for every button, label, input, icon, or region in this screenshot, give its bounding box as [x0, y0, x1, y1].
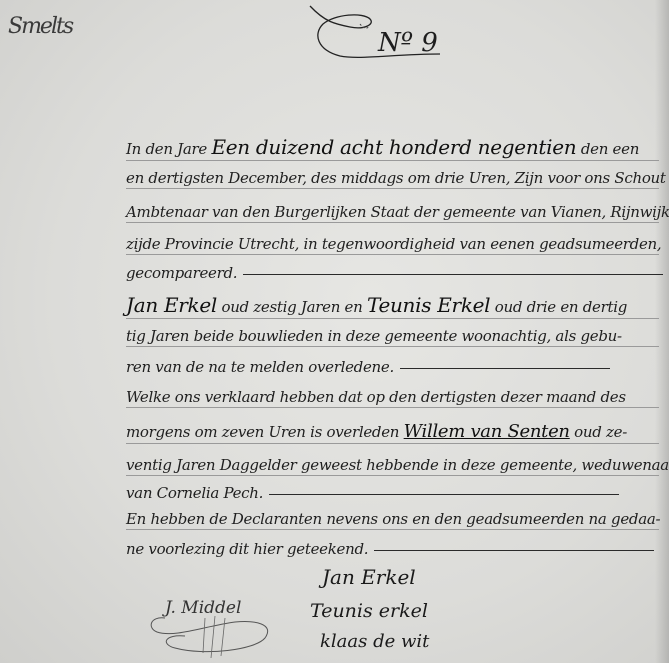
text-line-4: zijde Provincie Utrecht, in tegenwoordig…: [126, 235, 659, 255]
declarant-name: Jan Erkel: [126, 293, 217, 317]
scanned-register-page: Smelts Nº 9 In den Jare Een duizend acht…: [0, 0, 669, 663]
record-number: Nº 9: [378, 28, 438, 58]
rule-line: [400, 368, 610, 369]
rule-line: [243, 274, 663, 275]
deceased-name: Willem van Senten: [404, 421, 570, 442]
line-text: den een: [576, 140, 639, 158]
line-text: ren van de na te melden overledene.: [126, 358, 394, 376]
line-text: oud ze-: [570, 423, 627, 441]
line-text: oud zestig Jaren en: [217, 298, 367, 316]
line-text: In den Jare: [126, 140, 211, 158]
text-line-13: En hebben de Declaranten nevens ons en d…: [126, 510, 659, 530]
margin-note: Smelts: [8, 14, 72, 39]
signature-official: J. Middel: [165, 598, 241, 618]
line-text: gecompareerd.: [126, 264, 237, 282]
text-line-5: gecompareerd.: [126, 264, 659, 283]
text-line-14: ne voorlezing dit hier geteekend.: [126, 540, 659, 559]
text-line-11: ventig Jaren Daggelder geweest hebbende …: [126, 456, 659, 476]
signature-jan-erkel: Jan Erkel: [322, 565, 416, 589]
declarant-name: Teunis Erkel: [367, 293, 490, 317]
text-line-8: ren van de na te melden overledene.: [126, 358, 659, 377]
text-line-10: morgens om zeven Uren is overleden Wille…: [126, 421, 659, 444]
text-line-12: van Cornelia Pech.: [126, 484, 659, 503]
text-line-9: Welke ons verklaard hebben dat op den de…: [126, 388, 659, 408]
rule-line: [374, 550, 654, 551]
year-text: Een duizend acht honderd negentien: [211, 135, 576, 159]
rule-line: [269, 494, 619, 495]
text-line-3: Ambtenaar van den Burgerlijken Staat der…: [126, 203, 659, 223]
line-text: oud drie en dertig: [490, 298, 627, 316]
signature-teunis-erkel: Teunis erkel: [310, 600, 428, 622]
text-line-2: en dertigsten December, des middags om d…: [126, 169, 659, 189]
signature-klaas-de-wit: klaas de wit: [320, 631, 429, 652]
line-text: ne voorlezing dit hier geteekend.: [126, 540, 368, 558]
text-line-7: tig Jaren beide bouwlieden in deze gemee…: [126, 327, 659, 347]
line-text: morgens om zeven Uren is overleden: [126, 423, 404, 441]
line-text: van Cornelia Pech.: [126, 484, 263, 502]
text-line-1: In den Jare Een duizend acht honderd neg…: [126, 135, 659, 161]
text-line-6: Jan Erkel oud zestig Jaren en Teunis Erk…: [126, 293, 659, 319]
